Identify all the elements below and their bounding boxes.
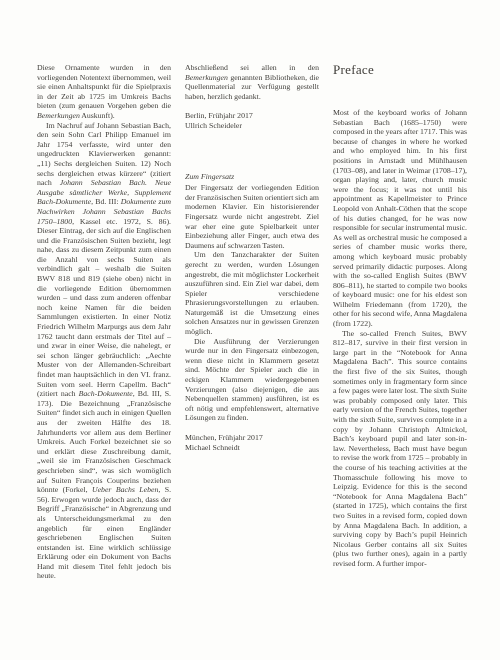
section-subheading: Zum Fingersatz bbox=[185, 172, 319, 182]
column-german-notes: Diese Ornamente wurden in den vorliegend… bbox=[37, 63, 171, 581]
text-run: Abschließend sei allen in den bbox=[185, 63, 319, 72]
paragraph: The so-called French Suites, BWV 812–817… bbox=[333, 329, 467, 569]
text-run: Der Fingersatz der vorliegenden Edition … bbox=[185, 183, 319, 250]
italic-text-run: Bemerkungen bbox=[37, 111, 80, 120]
signature-line: Michael Schneidt bbox=[185, 443, 319, 453]
signature-block: Berlin, Frühjahr 2017Ullrich Scheideler bbox=[185, 111, 319, 130]
text-run: Most of the keyboard works of Johann Seb… bbox=[333, 108, 467, 328]
italic-text-run: Bach-Dokumente bbox=[79, 389, 133, 398]
text-run: , Bd. III: bbox=[91, 197, 121, 206]
italic-text-run: Ueber Bachs Leben bbox=[92, 485, 158, 494]
preface-page: Diese Ornamente wurden in den vorliegend… bbox=[0, 0, 500, 660]
text-run: , Bd. III, S. 173). Die Bezeichnung „Fra… bbox=[37, 389, 171, 494]
paragraph: Im Nachruf auf Johann Sebastian Bach, de… bbox=[37, 121, 171, 582]
signature-line: Ullrich Scheideler bbox=[185, 121, 319, 131]
signature-block: München, Frühjahr 2017Michael Schneidt bbox=[185, 433, 319, 452]
signature-line: München, Frühjahr 2017 bbox=[185, 433, 319, 443]
text-run: Auskunft). bbox=[80, 111, 115, 120]
text-run: , Kassel etc. 1972, S. 86). Dieser Eintr… bbox=[37, 217, 171, 399]
paragraph: Abschließend sei allen in den Bemerkunge… bbox=[185, 63, 319, 101]
text-run: The so-called French Suites, BWV 812–817… bbox=[333, 329, 467, 568]
paragraph: Die Ausführung der Verzierungen wurde nu… bbox=[185, 337, 319, 423]
italic-text-run: Bemerkungen bbox=[185, 73, 228, 82]
paragraph: Um den Tanzcharakter der Suiten gerecht … bbox=[185, 250, 319, 336]
paragraph: Most of the keyboard works of Johann Seb… bbox=[333, 108, 467, 329]
text-run: Diese Ornamente wurden in den vorliegend… bbox=[37, 63, 171, 110]
paragraph: Diese Ornamente wurden in den vorliegend… bbox=[37, 63, 171, 121]
signature-line: Berlin, Frühjahr 2017 bbox=[185, 111, 319, 121]
column-german-fingering: Abschließend sei allen in den Bemerkunge… bbox=[185, 63, 319, 452]
text-run: , S. 56). Erwogen wurde jedoch auch, das… bbox=[37, 485, 171, 580]
column-english-preface: PrefaceMost of the keyboard works of Joh… bbox=[333, 63, 467, 569]
paragraph: Der Fingersatz der vorliegenden Edition … bbox=[185, 183, 319, 250]
preface-title: Preface bbox=[333, 63, 467, 77]
text-run: Um den Tanzcharakter der Suiten gerecht … bbox=[185, 250, 319, 336]
text-run: Die Ausführung der Verzierungen wurde nu… bbox=[185, 337, 319, 423]
